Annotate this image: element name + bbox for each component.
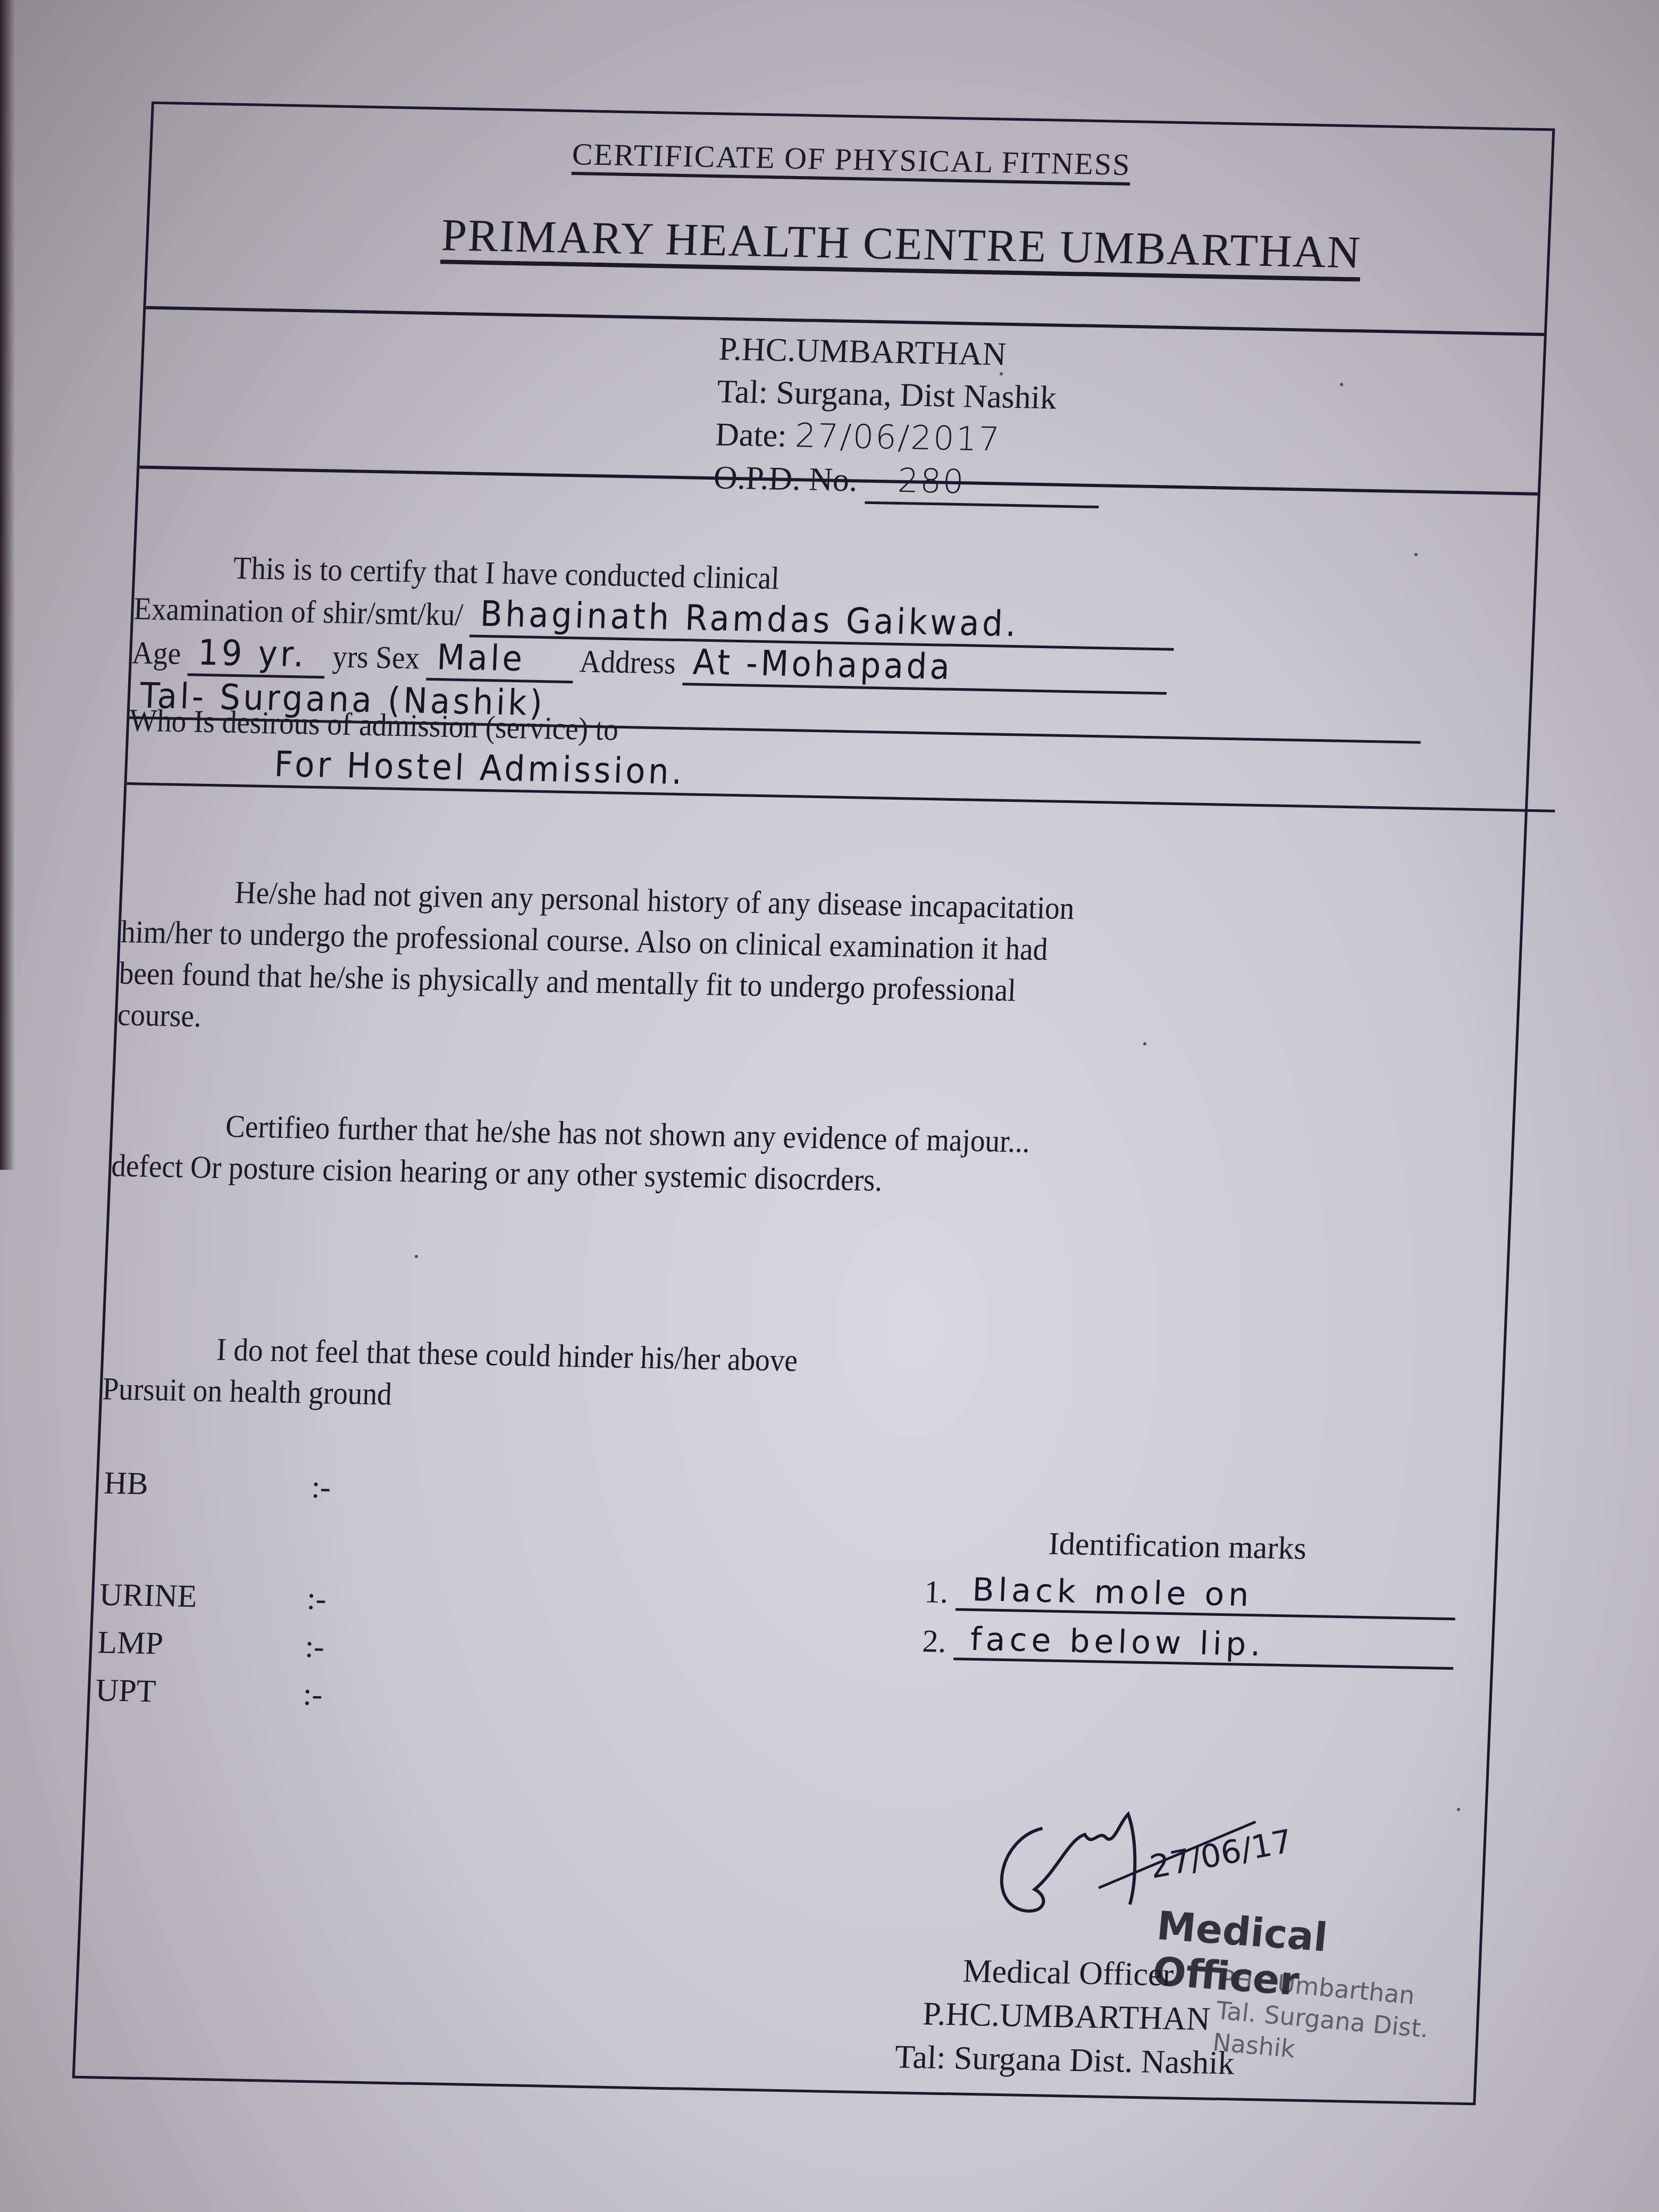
test-label: LMP — [97, 1624, 164, 1662]
page-edge-shadow — [0, 0, 15, 1170]
sex-label: Sex — [375, 640, 420, 676]
test-row-hb: HB :- — [97, 1464, 365, 1518]
lab-tests-list: HB :- URINE :- LMP :- UPT :- — [89, 1464, 365, 1724]
test-separator: :- — [304, 1628, 325, 1665]
test-row-upt: UPT :- — [89, 1672, 357, 1725]
defect-paragraph: Certifieo further that he/she has not sh… — [111, 1103, 1400, 1211]
toner-speck — [1414, 553, 1418, 556]
test-row-urine: URINE :- — [93, 1576, 361, 1629]
certificate-frame: CERTIFICATE OF PHYSICAL FITNESS PRIMARY … — [72, 102, 1555, 2106]
identification-mark: 2. face below lip. — [921, 1620, 1455, 1670]
mark-value: face below lip. — [953, 1620, 1455, 1670]
officer-line2: P.HC.UMBARTHAN — [896, 1991, 1237, 2041]
date-value: 27/06/2017 — [794, 416, 1002, 458]
age-label: Age — [131, 635, 182, 671]
institution-title: PRIMARY HEALTH CENTRE UMBARTHAN — [254, 205, 1548, 283]
hinder-paragraph: I do not feel that these could hinder hi… — [102, 1326, 1391, 1434]
yrs-label: yrs — [332, 639, 369, 674]
header-address-line1: P.HC.UMBARTHAN — [718, 328, 1105, 378]
certificate-title: CERTIFICATE OF PHYSICAL FITNESS — [152, 128, 1551, 190]
test-label: URINE — [99, 1576, 198, 1614]
sex-value: Male — [426, 636, 575, 683]
officer-designation: Medical Officer P.HC.UMBARTHAN Tal: Surg… — [894, 1948, 1238, 2085]
svg-text:27/06/17: 27/06/17 — [1147, 1823, 1295, 1887]
mark-number: 2. — [921, 1623, 955, 1660]
test-separator: :- — [302, 1676, 323, 1713]
mark-number: 1. — [924, 1573, 957, 1611]
toner-speck — [1000, 372, 1003, 375]
toner-speck — [1340, 383, 1343, 386]
toner-speck — [415, 1255, 418, 1258]
identification-title: Identification marks — [926, 1523, 1459, 1570]
signature-block: 27/06/17 Medical Officer PHC Umbarthan T… — [852, 1793, 1448, 2070]
identification-mark: 1. Black mole on — [924, 1570, 1457, 1620]
exam-label: Examination of shir/smt/ku/ — [133, 591, 464, 632]
identification-marks: Identification marks 1. Black mole on 2.… — [921, 1523, 1459, 1679]
fitness-paragraph: He/she had not given any personal histor… — [116, 869, 1410, 1060]
test-label: HB — [103, 1465, 149, 1503]
officer-line1: Medical Officer — [898, 1948, 1239, 1998]
toner-speck — [1143, 1042, 1146, 1045]
officer-line3: Tal: Surgana Dist. Nashik — [894, 2035, 1235, 2085]
date-row: Date: 27/06/2017 — [715, 413, 1102, 463]
toner-speck — [1457, 1808, 1460, 1811]
test-separator: :- — [306, 1580, 327, 1618]
date-label: Date: — [715, 416, 787, 454]
test-row-lmp: LMP :- — [91, 1624, 359, 1677]
age-value: 19 yr. — [187, 632, 326, 678]
test-label: UPT — [95, 1672, 157, 1710]
mark-value: Black mole on — [956, 1571, 1457, 1620]
header-address-line2: Tal: Surgana, Dist Nashik — [716, 370, 1104, 420]
address-label: Address — [579, 643, 677, 680]
stamp-subtext: PHC Umbarthan Tal. Surgana Dist. Nashik — [1211, 1963, 1444, 2078]
test-separator: :- — [311, 1469, 331, 1506]
